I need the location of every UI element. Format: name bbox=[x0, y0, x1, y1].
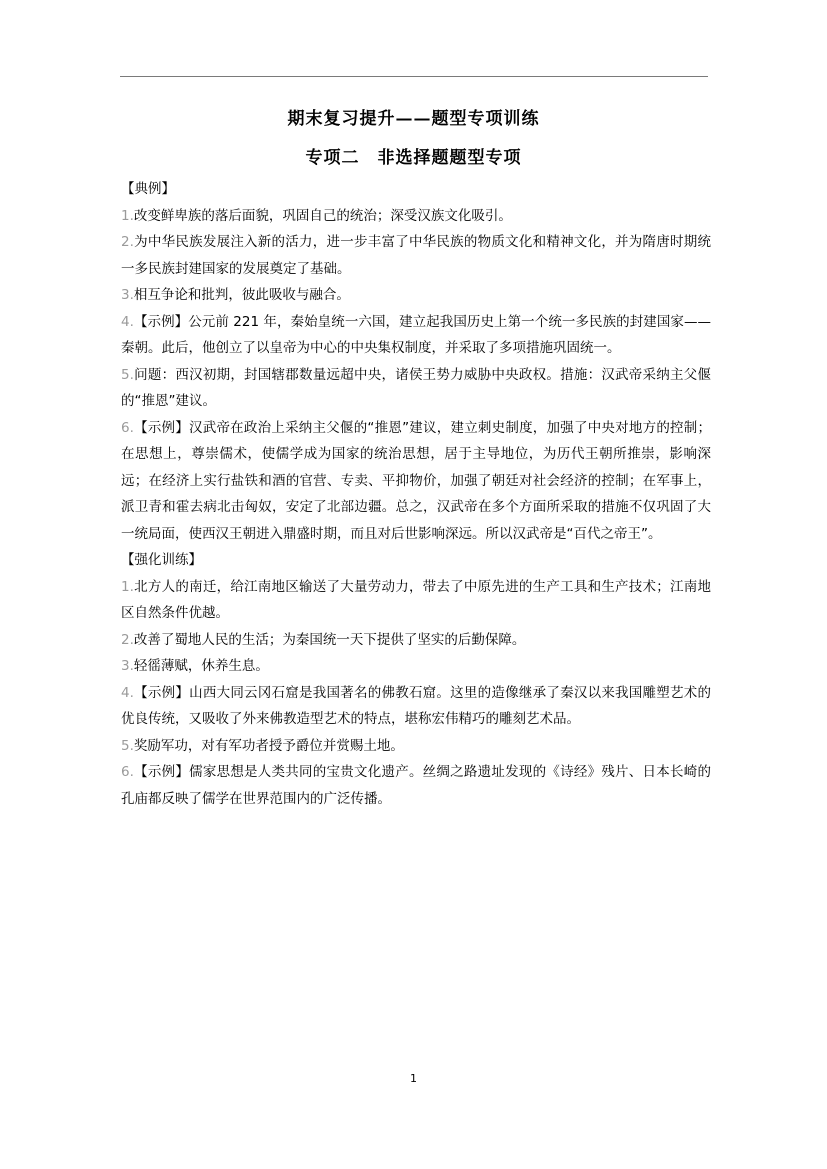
item-number: 3. bbox=[121, 287, 134, 303]
list-item: 2.改善了蜀地人民的生活；为秦国统一天下提供了坚实的后勤保障。 bbox=[121, 627, 711, 654]
list-item: 1.北方人的南迁，给江南地区输送了大量劳动力，带去了中原先进的生产工具和生产技术… bbox=[121, 574, 711, 627]
list-item: 3.轻徭薄赋，休养生息。 bbox=[121, 653, 711, 680]
item-text: 奖励军功，对有军功者授予爵位并赏赐土地。 bbox=[134, 738, 404, 754]
item-number: 5. bbox=[121, 738, 134, 754]
list-item: 6.【示例】汉武帝在政治上采纳主父偃的“推恩”建议，建立刺史制度，加强了中央对地… bbox=[121, 415, 711, 548]
item-text: 为中华民族发展注入新的活力，进一步丰富了中华民族的物质文化和精神文化，并为隋唐时… bbox=[121, 234, 711, 277]
item-text: 改变鲜卑族的落后面貌，巩固自己的统治；深受汉族文化吸引。 bbox=[134, 208, 512, 224]
header-rule bbox=[120, 76, 708, 77]
list-item: 2.为中华民族发展注入新的活力，进一步丰富了中华民族的物质文化和精神文化，并为隋… bbox=[121, 229, 711, 282]
item-number: 1. bbox=[121, 208, 134, 224]
list-item: 4.【示例】山西大同云冈石窟是我国著名的佛教石窟。这里的造像继承了秦汉以来我国雕… bbox=[121, 680, 711, 733]
list-item: 3.相互争论和批判，彼此吸收与融合。 bbox=[121, 282, 711, 309]
item-number: 4. bbox=[121, 314, 134, 330]
item-text: 问题：西汉初期，封国辖郡数量远超中央，诸侯王势力威胁中央政权。措施：汉武帝采纳主… bbox=[121, 367, 711, 410]
item-text: 轻徭薄赋，休养生息。 bbox=[134, 658, 269, 674]
item-number: 3. bbox=[121, 658, 134, 674]
list-item: 5.问题：西汉初期，封国辖郡数量远超中央，诸侯王势力威胁中央政权。措施：汉武帝采… bbox=[121, 362, 711, 415]
item-text: 相互争论和批判，彼此吸收与融合。 bbox=[134, 287, 350, 303]
list-item: 4.【示例】公元前 221 年，秦始皇统一六国，建立起我国历史上第一个统一多民族… bbox=[121, 309, 711, 362]
item-text: 【示例】山西大同云冈石窟是我国著名的佛教石窟。这里的造像继承了秦汉以来我国雕塑艺… bbox=[121, 685, 711, 728]
item-number: 1. bbox=[121, 579, 134, 595]
item-number: 6. bbox=[121, 764, 134, 780]
document-body: 【典例】 1.改变鲜卑族的落后面貌，巩固自己的统治；深受汉族文化吸引。 2.为中… bbox=[121, 176, 711, 812]
section-heading-examples: 【典例】 bbox=[121, 176, 711, 203]
item-number: 6. bbox=[121, 420, 134, 436]
item-text: 【示例】汉武帝在政治上采纳主父偃的“推恩”建议，建立刺史制度，加强了中央对地方的… bbox=[121, 420, 711, 542]
page-subtitle: 专项二 非选择题题型专项 bbox=[0, 143, 827, 168]
item-text: 北方人的南迁，给江南地区输送了大量劳动力，带去了中原先进的生产工具和生产技术；江… bbox=[121, 579, 711, 622]
list-item: 6.【示例】儒家思想是人类共同的宝贵文化遗产。丝绸之路遗址发现的《诗经》残片、日… bbox=[121, 759, 711, 812]
item-text: 改善了蜀地人民的生活；为秦国统一天下提供了坚实的后勤保障。 bbox=[134, 632, 526, 648]
item-text: 【示例】儒家思想是人类共同的宝贵文化遗产。丝绸之路遗址发现的《诗经》残片、日本长… bbox=[121, 764, 711, 807]
section-heading-training: 【强化训练】 bbox=[121, 547, 711, 574]
item-number: 4. bbox=[121, 685, 134, 701]
item-number: 5. bbox=[121, 367, 134, 383]
item-number: 2. bbox=[121, 234, 134, 250]
list-item: 1.改变鲜卑族的落后面貌，巩固自己的统治；深受汉族文化吸引。 bbox=[121, 203, 711, 230]
list-item: 5.奖励军功，对有军功者授予爵位并赏赐土地。 bbox=[121, 733, 711, 760]
item-number: 2. bbox=[121, 632, 134, 648]
item-text: 【示例】公元前 221 年，秦始皇统一六国，建立起我国历史上第一个统一多民族的封… bbox=[121, 314, 711, 357]
page-title: 期末复习提升——题型专项训练 bbox=[0, 104, 827, 129]
page-number: 1 bbox=[0, 1072, 827, 1085]
